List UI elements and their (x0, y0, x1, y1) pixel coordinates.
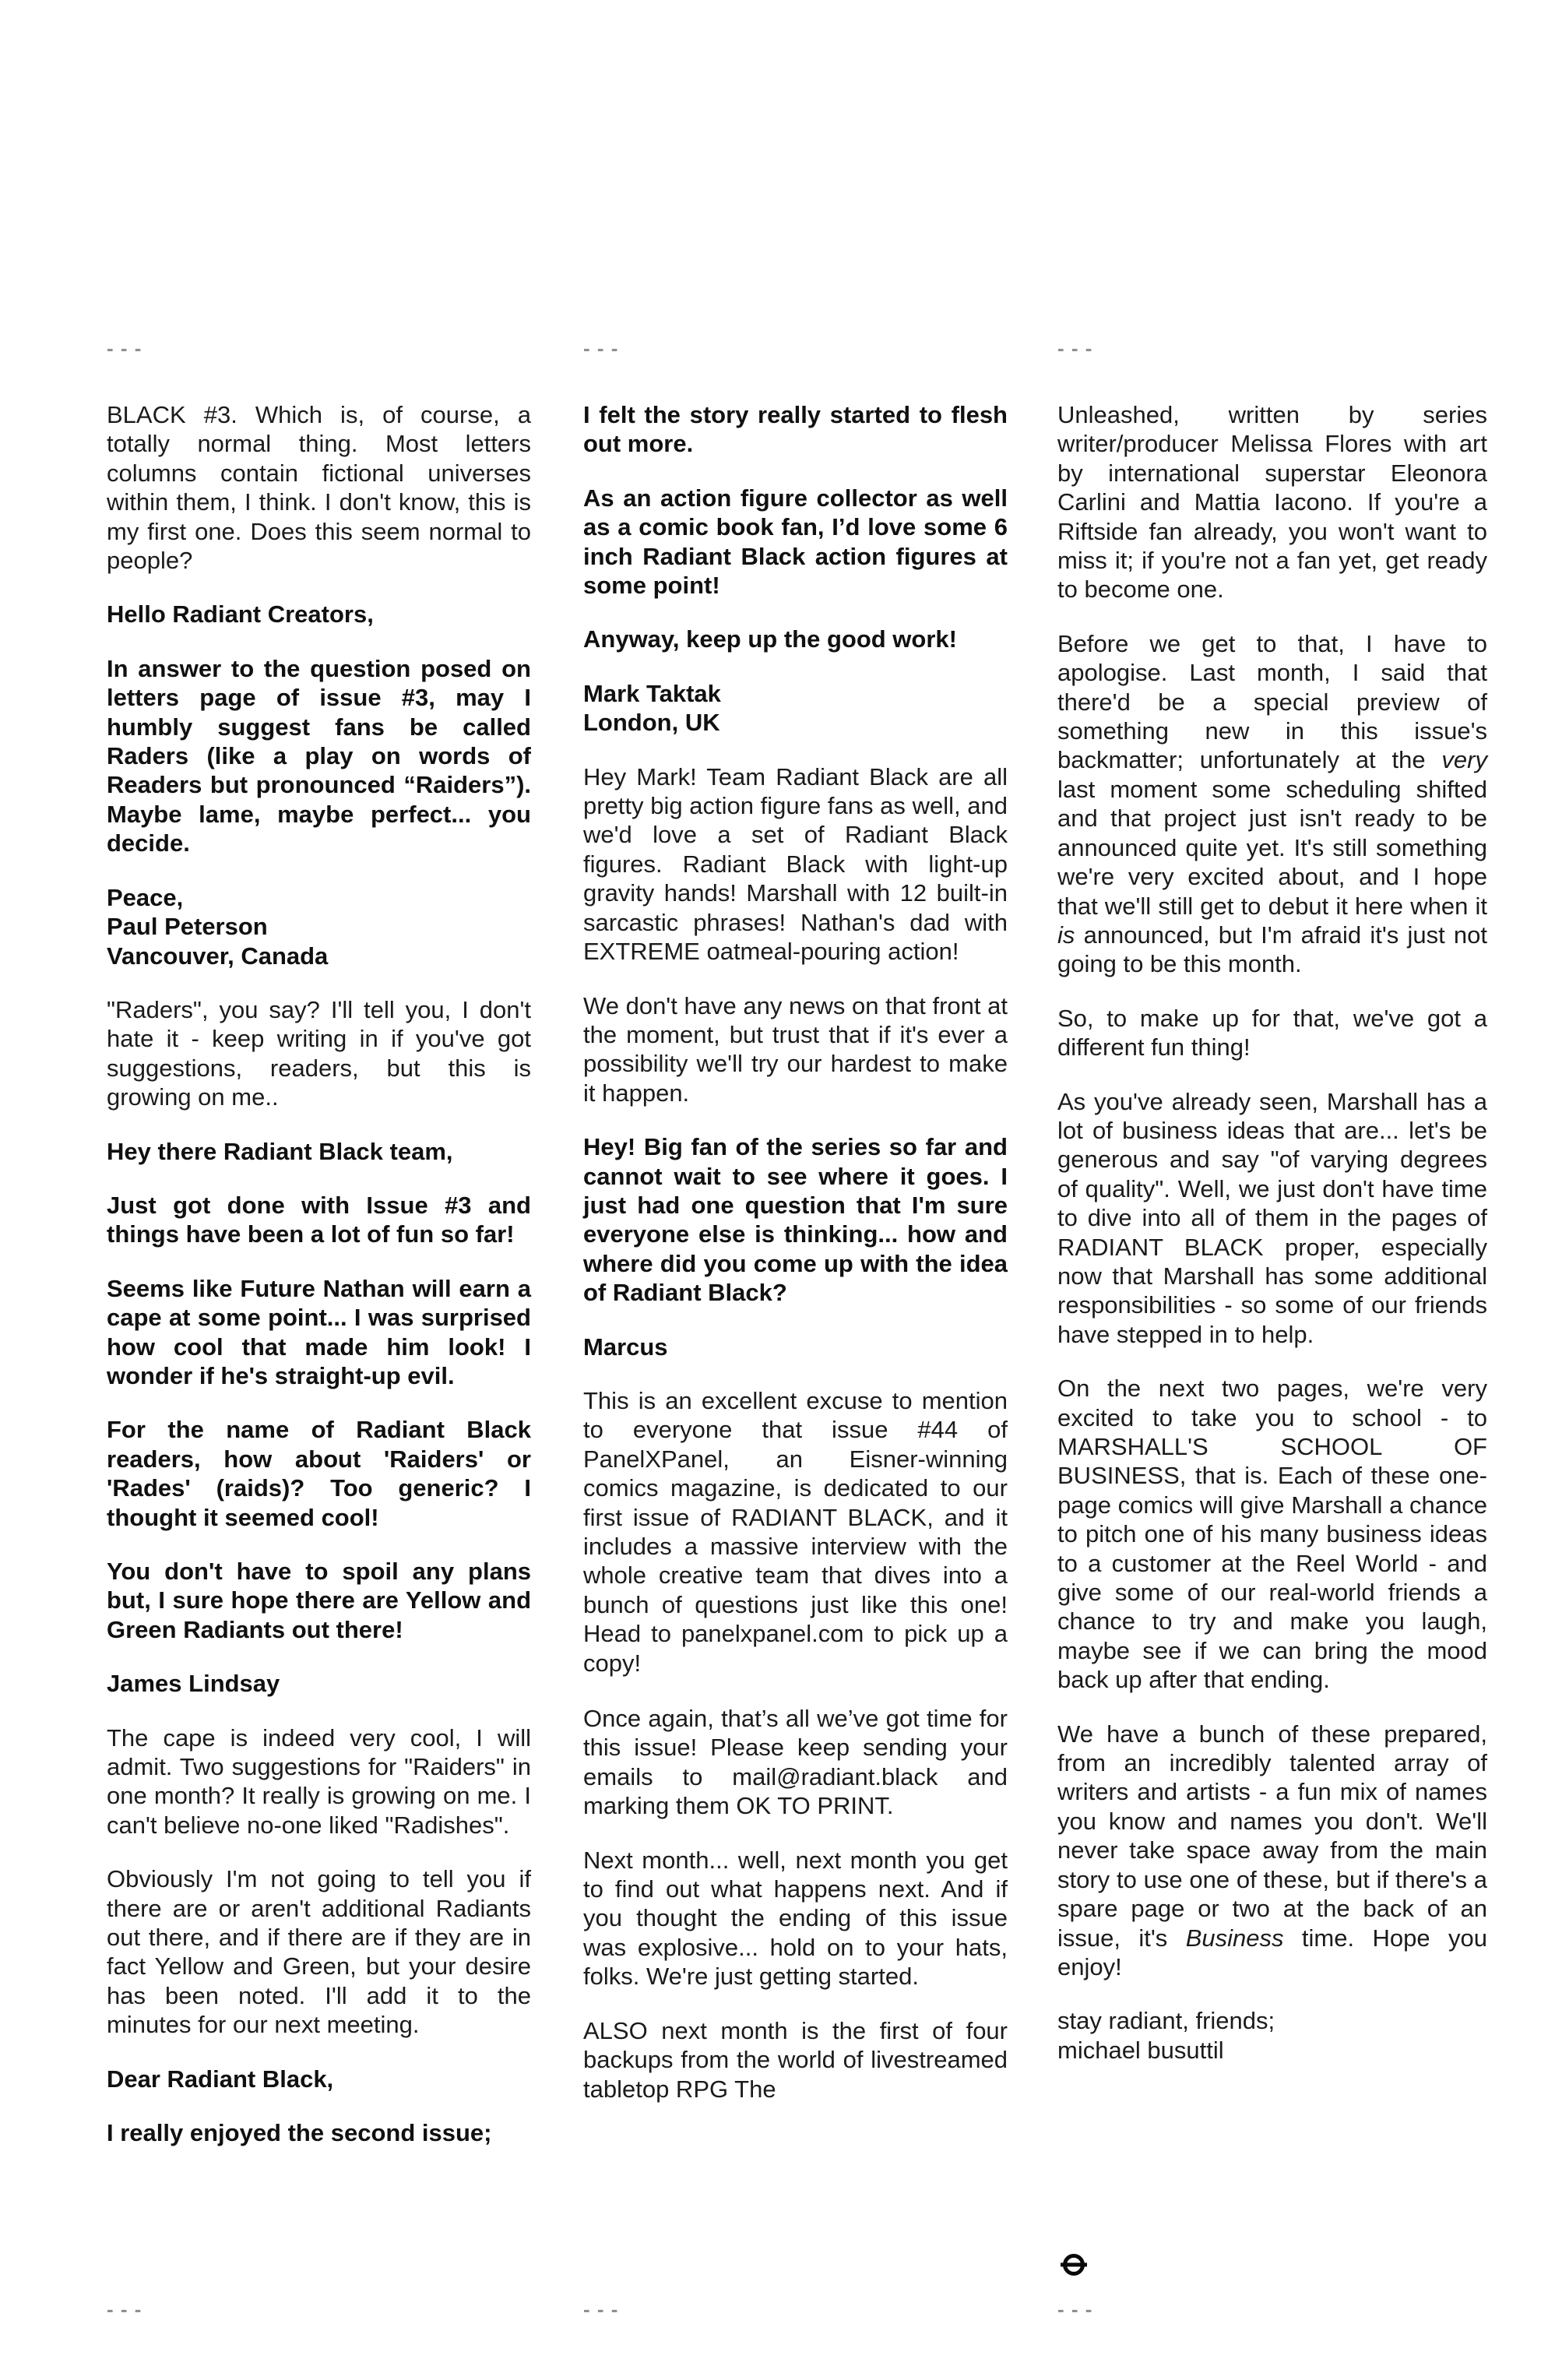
letter-paragraph: Peace, Paul Peterson Vancouver, Canada (107, 883, 531, 970)
response-paragraph: Hey Mark! Team Radiant Black are all pre… (583, 762, 1008, 966)
column-top-divider-dashes: - - - (1057, 333, 1487, 363)
response-paragraph: We don't have any news on that front at … (583, 991, 1008, 1108)
letter-paragraph: Hey there Radiant Black team, (107, 1137, 531, 1166)
letter-paragraph: You don't have to spoil any plans but, I… (107, 1557, 531, 1644)
column-top-divider-dashes: - - - (583, 333, 1008, 363)
letter-paragraph: James Lindsay (107, 1669, 531, 1698)
column-bottom-divider-dashes: - - - (1057, 2294, 1092, 2324)
letter-paragraph: I felt the story really started to flesh… (583, 400, 1008, 459)
response-paragraph: "Raders", you say? I'll tell you, I don'… (107, 995, 531, 1112)
response-paragraph: This is an excellent excuse to mention t… (583, 1386, 1008, 1678)
column-bottom-divider-dashes: - - - (583, 2294, 618, 2324)
letter-paragraph: Anyway, keep up the good work! (583, 625, 1008, 653)
response-paragraph: BLACK #3. Which is, of course, a totally… (107, 400, 531, 575)
response-paragraph: Next month... well, next month you get t… (583, 1846, 1008, 1991)
response-paragraph: As you've already seen, Marshall has a l… (1057, 1087, 1487, 1350)
response-paragraph: On the next two pages, we're very excite… (1057, 1374, 1487, 1694)
letter-paragraph: Mark Taktak London, UK (583, 679, 1008, 738)
end-mark-icon (1063, 2254, 1085, 2276)
letters-column-2: - - - I felt the story really started to… (583, 333, 1008, 2128)
letter-paragraph: As an action figure collector as well as… (583, 484, 1008, 600)
letter-paragraph: For the name of Radiant Black readers, h… (107, 1415, 531, 1532)
letters-column-1: - - - BLACK #3. Which is, of course, a t… (107, 333, 531, 2173)
letters-column-3: - - - Unleashed, written by series write… (1057, 333, 1487, 2090)
letter-paragraph: Hey! Big fan of the series so far and ca… (583, 1132, 1008, 1307)
column-top-divider-dashes: - - - (107, 333, 531, 363)
letter-paragraph: Just got done with Issue #3 and things h… (107, 1191, 531, 1249)
response-paragraph: Unleashed, written by series writer/prod… (1057, 400, 1487, 604)
letter-paragraph: Marcus (583, 1333, 1008, 1361)
letter-paragraph: Dear Radiant Black, (107, 2065, 531, 2093)
response-paragraph: Obviously I'm not going to tell you if t… (107, 1864, 531, 2039)
response-paragraph: stay radiant, friends; michael busuttil (1057, 2006, 1487, 2065)
letter-paragraph: I really enjoyed the second issue; (107, 2118, 531, 2147)
response-paragraph: Once again, that’s all we’ve got time fo… (583, 1704, 1008, 1821)
response-paragraph: We have a bunch of these prepared, from … (1057, 1720, 1487, 1982)
column-bottom-divider-dashes: - - - (107, 2294, 142, 2324)
letter-paragraph: Hello Radiant Creators, (107, 600, 531, 628)
response-paragraph: So, to make up for that, we've got a dif… (1057, 1004, 1487, 1062)
response-paragraph: ALSO next month is the first of four bac… (583, 2016, 1008, 2104)
letter-paragraph: In answer to the question posed on lette… (107, 654, 531, 858)
letters-page: - - - BLACK #3. Which is, of course, a t… (0, 0, 1548, 2380)
letter-paragraph: Seems like Future Nathan will earn a cap… (107, 1274, 531, 1391)
response-paragraph: Before we get to that, I have to apologi… (1057, 629, 1487, 979)
response-paragraph: The cape is indeed very cool, I will adm… (107, 1723, 531, 1840)
